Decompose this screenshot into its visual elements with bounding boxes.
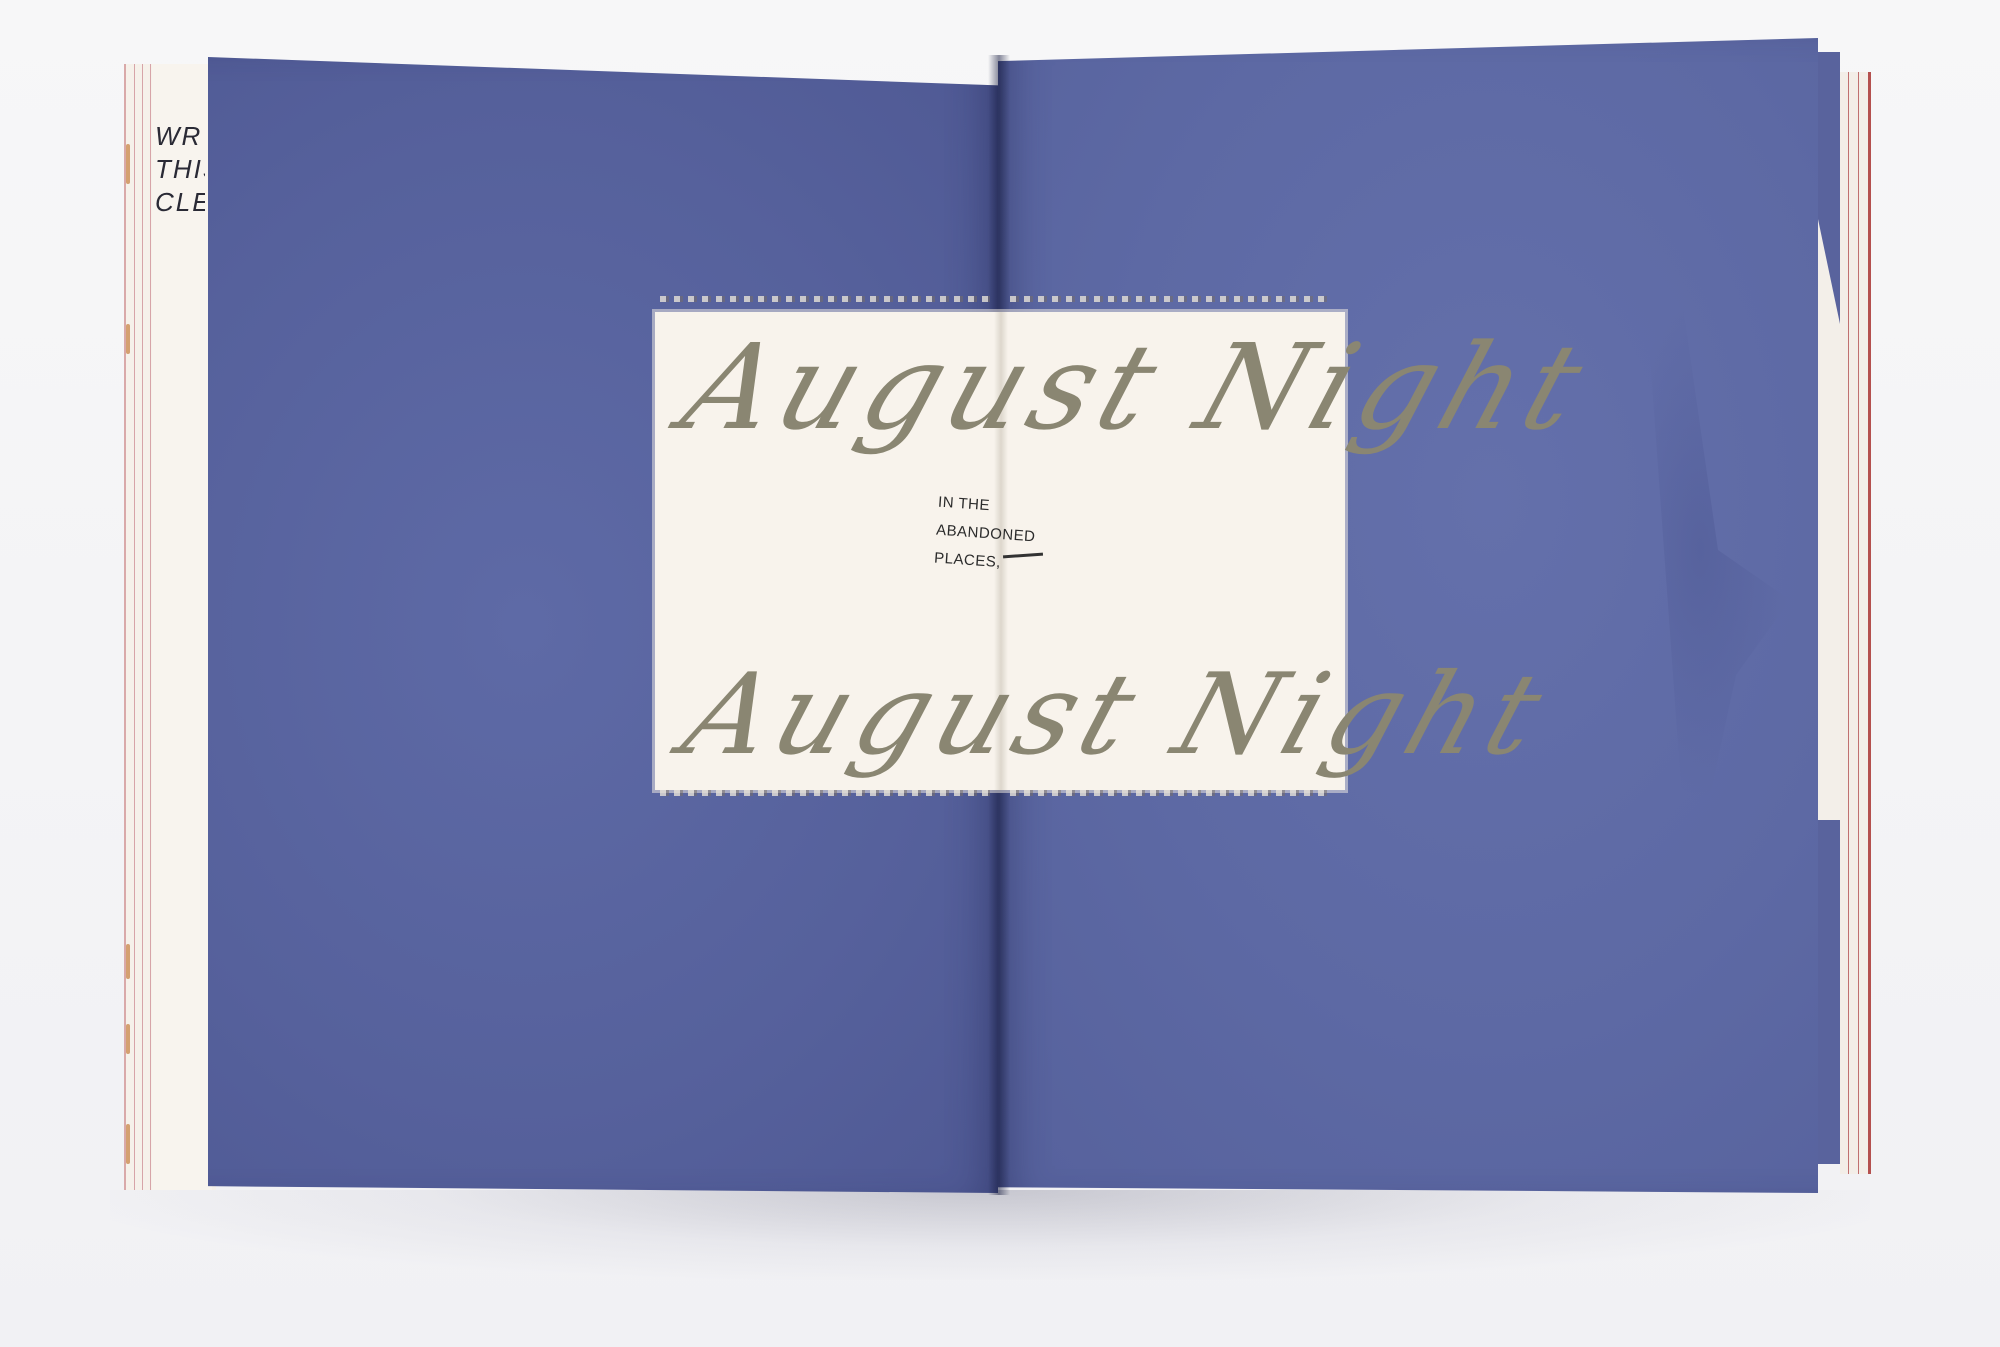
handwriting-line: THIS (155, 153, 205, 186)
chalk-edge (1010, 790, 1330, 796)
right-page-stack (1840, 72, 1871, 1174)
left-underlying-page (152, 64, 212, 1190)
chalk-edge (660, 296, 990, 302)
chalk-edge (1010, 296, 1330, 302)
panel-title-bottom: August Night (669, 650, 1565, 780)
handwriting-line: WR (155, 120, 205, 153)
chalk-edge (660, 790, 990, 796)
panel-note: IN THE ABANDONED PLACES, (933, 489, 1038, 580)
left-page-handwriting: WR THIS CLE (155, 120, 205, 219)
handwriting-line: CLE (155, 186, 205, 219)
panel-title-top: August Night (668, 318, 1607, 456)
book-shadow (110, 1190, 1870, 1280)
